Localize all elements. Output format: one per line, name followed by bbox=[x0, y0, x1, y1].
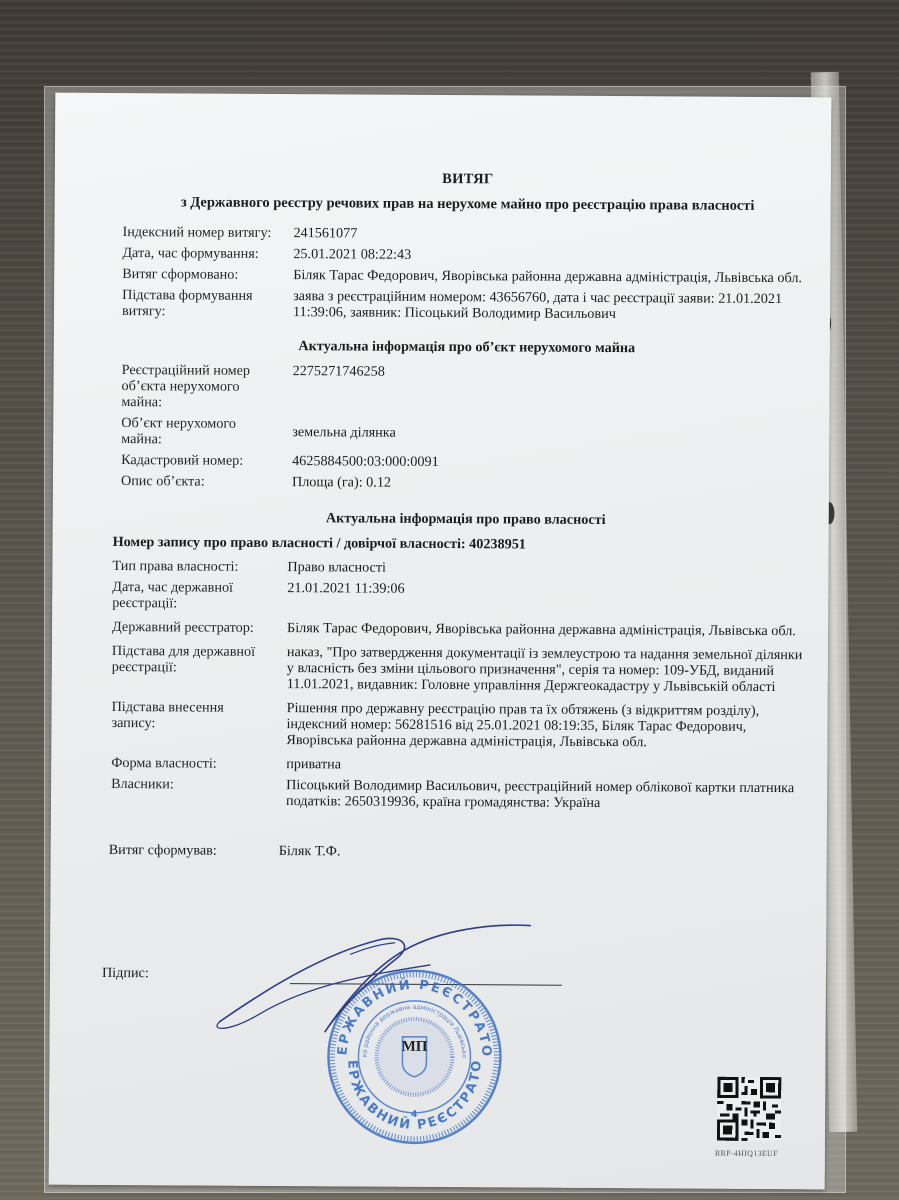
field-value: 25.01.2021 08:22:43 bbox=[293, 246, 812, 265]
object-fields: Реєстраційний номер об’єкта нерухомого м… bbox=[121, 362, 812, 493]
document-title: ВИТЯГ bbox=[123, 169, 813, 189]
field-value: 241561077 bbox=[293, 225, 812, 244]
field-value: Право власності bbox=[287, 559, 810, 578]
field-label: Тип права власності: bbox=[112, 558, 287, 575]
document-page: ВИТЯГ з Державного реєстру речових прав … bbox=[49, 93, 832, 1190]
field-row: Державний реєстратор:Біляк Тарас Федоров… bbox=[112, 619, 810, 639]
field-label: Форма власності: bbox=[111, 755, 286, 772]
field-label: Витяг сформовано: bbox=[122, 266, 293, 283]
field-value: наказ, "Про затвердження документації із… bbox=[287, 644, 810, 695]
field-row: Форма власності:приватна bbox=[111, 755, 809, 775]
qr-code-icon bbox=[717, 1077, 781, 1141]
field-label: Підстава формування витягу: bbox=[122, 287, 267, 320]
field-value: 21.01.2021 11:39:06 bbox=[287, 580, 810, 615]
field-value: Площа (га): 0.12 bbox=[292, 474, 811, 493]
field-row: Індексний номер витягу:241561077 bbox=[122, 224, 812, 244]
field-row: Тип права власності:Право власності bbox=[112, 558, 810, 578]
field-label: Реєстраційний номер об’єкта нерухомого м… bbox=[121, 362, 256, 411]
field-value: Пісоцький Володимир Васильович, реєстрац… bbox=[286, 777, 809, 812]
formed-by-label: Витяг сформував: bbox=[109, 842, 279, 859]
svg-text:4: 4 bbox=[411, 1110, 417, 1120]
ownership-record-number: Номер запису про право власності / довір… bbox=[113, 534, 811, 554]
field-row: Дата, час державної реєстрації:21.01.202… bbox=[112, 579, 810, 615]
object-section-title: Актуальна інформація про об’єкт нерухомо… bbox=[122, 337, 812, 357]
field-value: 2275271746258 bbox=[292, 363, 811, 414]
field-label: Державний реєстратор: bbox=[112, 619, 287, 636]
field-value: приватна bbox=[286, 756, 809, 775]
field-label: Підстава внесення запису: bbox=[111, 699, 241, 748]
formed-by-value: Біляк Т.Ф. bbox=[279, 843, 341, 859]
field-value: заява з реєстраційним номером: 43656760,… bbox=[293, 288, 812, 323]
field-value: Біляк Тарас Федорович, Яворівська районн… bbox=[287, 620, 810, 639]
formed-by-row: Витяг сформував: Біляк Т.Ф. bbox=[109, 842, 809, 862]
field-row: Підстава для державної реєстрації:наказ,… bbox=[112, 643, 810, 695]
field-value: Біляк Тарас Федорович, Яворівська районн… bbox=[293, 267, 812, 286]
ownership-section-title: Актуальна інформація про право власності bbox=[121, 509, 811, 529]
field-row: Опис об’єкта:Площа (га): 0.12 bbox=[121, 473, 811, 493]
field-label: Дата, час державної реєстрації: bbox=[112, 579, 252, 612]
field-value: Рішення про державну реєстрацію прав та … bbox=[286, 700, 809, 751]
qr-code-caption: RRP-4HIQ13EUF bbox=[715, 1149, 778, 1158]
field-row: Власники:Пісоцький Володимир Васильович,… bbox=[111, 776, 809, 812]
field-label: Підстава для державної реєстрації: bbox=[112, 643, 257, 692]
field-row: Дата, час формування:25.01.2021 08:22:43 bbox=[122, 245, 812, 265]
document-content: ВИТЯГ з Державного реєстру речових прав … bbox=[119, 169, 813, 862]
signature-label: Підпис: bbox=[102, 965, 149, 982]
field-label: Дата, час формування: bbox=[122, 245, 293, 262]
field-row: Витяг сформовано:Біляк Тарас Федорович, … bbox=[122, 266, 812, 286]
field-row: Підстава внесення запису:Рішення про дер… bbox=[111, 699, 809, 751]
field-row: Об’єкт нерухомого майна:земельна ділянка bbox=[121, 415, 811, 451]
field-label: Об’єкт нерухомого майна: bbox=[121, 415, 246, 448]
field-value: 4625884500:03:000:0091 bbox=[292, 453, 811, 472]
document-subtitle: з Державного реєстру речових прав на нер… bbox=[123, 194, 813, 214]
field-value: земельна ділянка bbox=[292, 424, 811, 443]
field-row: Реєстраційний номер об’єкта нерухомого м… bbox=[121, 362, 811, 414]
field-label: Кадастровий номер: bbox=[121, 452, 292, 469]
ownership-fields: Тип права власності:Право власності Дата… bbox=[111, 558, 811, 812]
handwritten-signature-icon bbox=[199, 914, 540, 1056]
header-fields: Індексний номер витягу:241561077 Дата, ч… bbox=[122, 224, 813, 323]
field-row: Кадастровий номер:4625884500:03:000:0091 bbox=[121, 452, 811, 472]
field-label: Опис об’єкта: bbox=[121, 473, 292, 490]
field-label: Індексний номер витягу: bbox=[122, 224, 293, 241]
field-row: Підстава формування витягу:заява з реєст… bbox=[122, 287, 812, 323]
field-label: Власники: bbox=[111, 776, 286, 809]
